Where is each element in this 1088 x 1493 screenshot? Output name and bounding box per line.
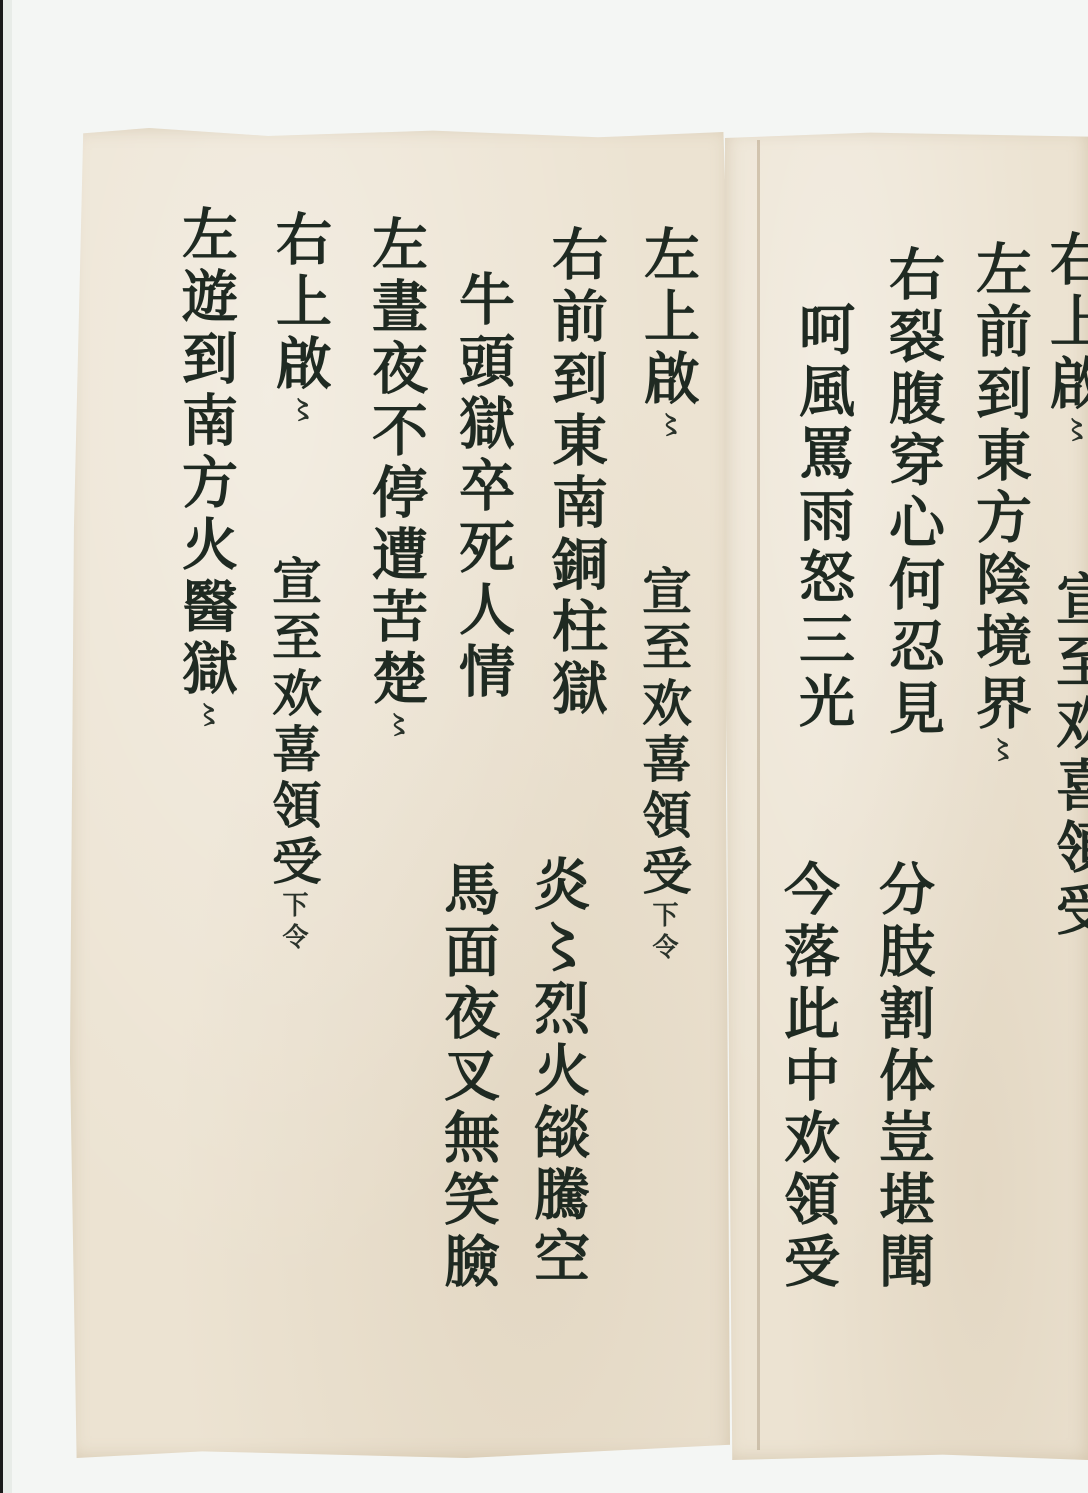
- column-text: 牛頭獄卒死人情: [450, 270, 516, 704]
- column-text: 宣至欢喜領受: [1047, 570, 1088, 942]
- repeat-mark: 〻: [1059, 416, 1088, 448]
- column-text: 呵風罵雨怒三光: [790, 300, 856, 734]
- repeat-mark: 〻: [381, 711, 411, 743]
- command-suffix: 下令: [648, 901, 678, 965]
- column-left-sheet-8: 右上啟〻: [272, 210, 328, 428]
- column-left-sheet-7: 左晝夜不停遭苦楚〻: [368, 215, 424, 743]
- column-text: 右上啟: [1041, 230, 1088, 416]
- column-right-sheet-6: 呵風罵雨怒三光: [795, 300, 851, 734]
- column-right-sheet-7: 今落此中欢領受: [780, 860, 836, 1294]
- column-text: 左晝夜不停遭苦楚: [363, 215, 429, 711]
- column-left-sheet-3: 右前到東南銅柱獄: [548, 225, 604, 721]
- column-text: 左遊到南方火醫獄: [173, 205, 239, 701]
- column-left-sheet-6: 馬面夜叉無笑臉: [440, 860, 496, 1294]
- scanner-edge: [0, 0, 12, 1493]
- command-suffix: 下令: [278, 891, 308, 955]
- column-left-sheet-9: 宣至欢喜領受下令: [268, 555, 318, 955]
- repeat-mark: 〻: [653, 411, 683, 443]
- repeat-mark: 〻: [985, 736, 1015, 768]
- column-right-sheet-2: 宣至欢喜領受: [1052, 570, 1088, 942]
- column-text: 今落此中欢領受: [775, 860, 841, 1294]
- column-left-sheet-4: 炎〻烈火燄騰空: [530, 855, 586, 1289]
- column-text: 宣至欢喜領受: [264, 555, 323, 891]
- column-text: 炎〻烈火燄騰空: [525, 855, 591, 1289]
- column-right-sheet-1: 右上啟〻: [1046, 230, 1088, 448]
- page-fold-line: [757, 140, 760, 1450]
- repeat-mark: 〻: [285, 396, 315, 428]
- column-right-sheet-5: 分肢割体豈堪聞: [875, 860, 931, 1294]
- column-text: 分肢割体豈堪聞: [870, 860, 936, 1294]
- column-left-sheet-10: 左遊到南方火醫獄〻: [178, 205, 234, 733]
- column-text: 左前到東方陰境界: [967, 240, 1033, 736]
- column-text: 宣至欢喜領受: [634, 565, 693, 901]
- column-left-sheet-2: 宣至欢喜領受下令: [638, 565, 688, 965]
- column-text: 左上啟: [635, 225, 701, 411]
- repeat-mark: 〻: [191, 701, 221, 733]
- column-text: 馬面夜叉無笑臉: [435, 860, 501, 1294]
- column-left-sheet-5: 牛頭獄卒死人情: [455, 270, 511, 704]
- column-text: 右裂腹穿心何忍見: [880, 245, 946, 741]
- column-right-sheet-4: 右裂腹穿心何忍見: [885, 245, 941, 741]
- column-text: 右前到東南銅柱獄: [543, 225, 609, 721]
- column-left-sheet-1: 左上啟〻: [640, 225, 696, 443]
- column-right-sheet-3: 左前到東方陰境界〻: [972, 240, 1028, 768]
- column-text: 右上啟: [267, 210, 333, 396]
